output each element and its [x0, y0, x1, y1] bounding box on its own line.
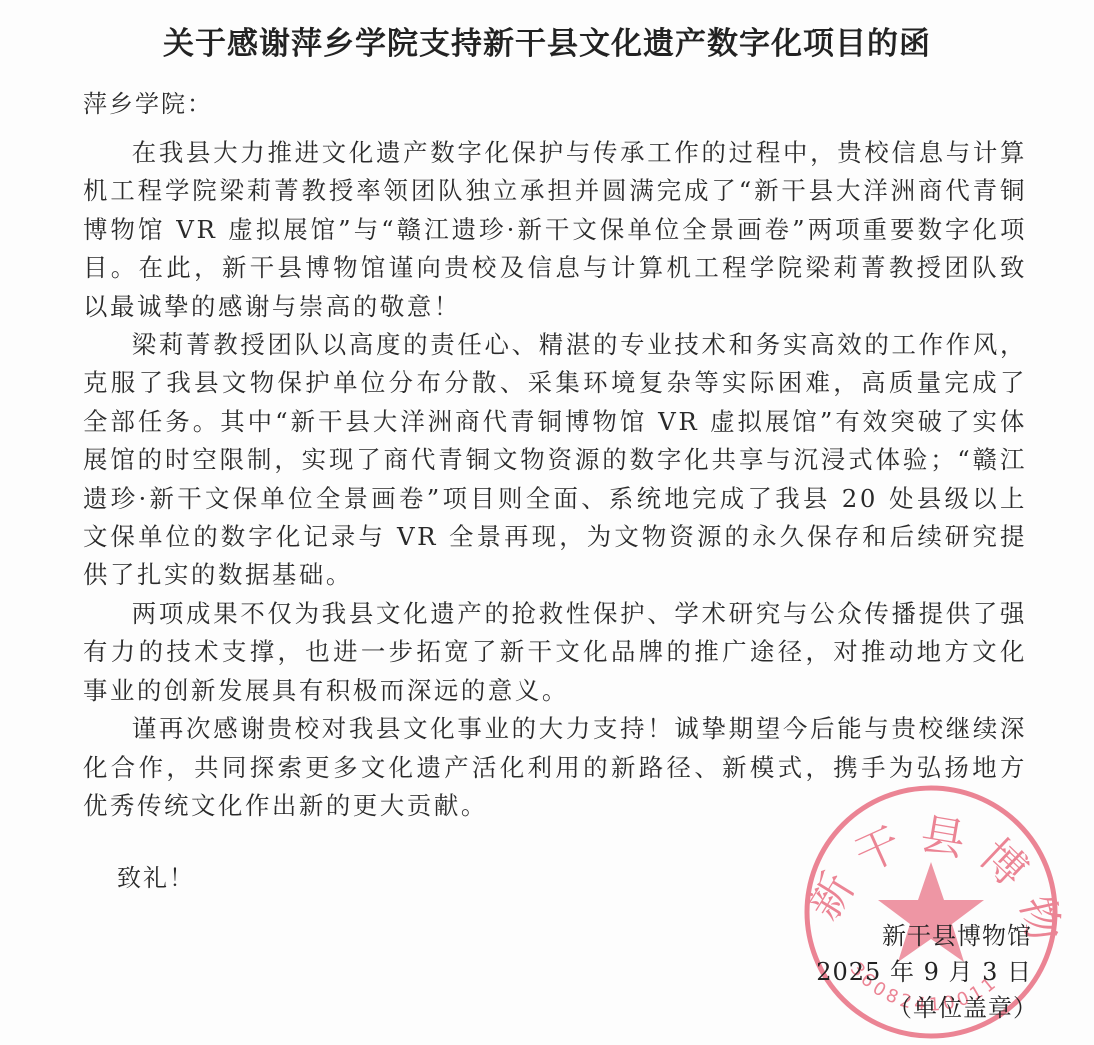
paragraph-3: 两项成果不仅为我县文化遗产的抢救性保护、学术研究与公众传播提供了强有力的技术支撑… [83, 595, 1027, 710]
paragraph-1: 在我县大力推进文化遗产数字化保护与传承工作的过程中，贵校信息与计算机工程学院梁莉… [83, 134, 1027, 326]
paragraph-2: 梁莉菁教授团队以高度的责任心、精湛的专业技术和务实高效的工作作风，克服了我县文物… [83, 326, 1027, 595]
signing-organization: 新干县博物馆 [816, 918, 1032, 954]
signature-block: 新干县博物馆 2025 年 9 月 3 日 （单位盖章） [816, 918, 1032, 1026]
signing-date: 2025 年 9 月 3 日 [816, 954, 1032, 990]
letter-body: 在我县大力推进文化遗产数字化保护与传承工作的过程中，贵校信息与计算机工程学院梁莉… [83, 134, 1027, 825]
salutation: 萍乡学院： [83, 84, 213, 119]
document-title: 关于感谢萍乡学院支持新干县文化遗产数字化项目的函 [0, 18, 1094, 63]
seal-note: （单位盖章） [816, 990, 1038, 1026]
closing-salutation: 致礼！ [117, 858, 195, 893]
